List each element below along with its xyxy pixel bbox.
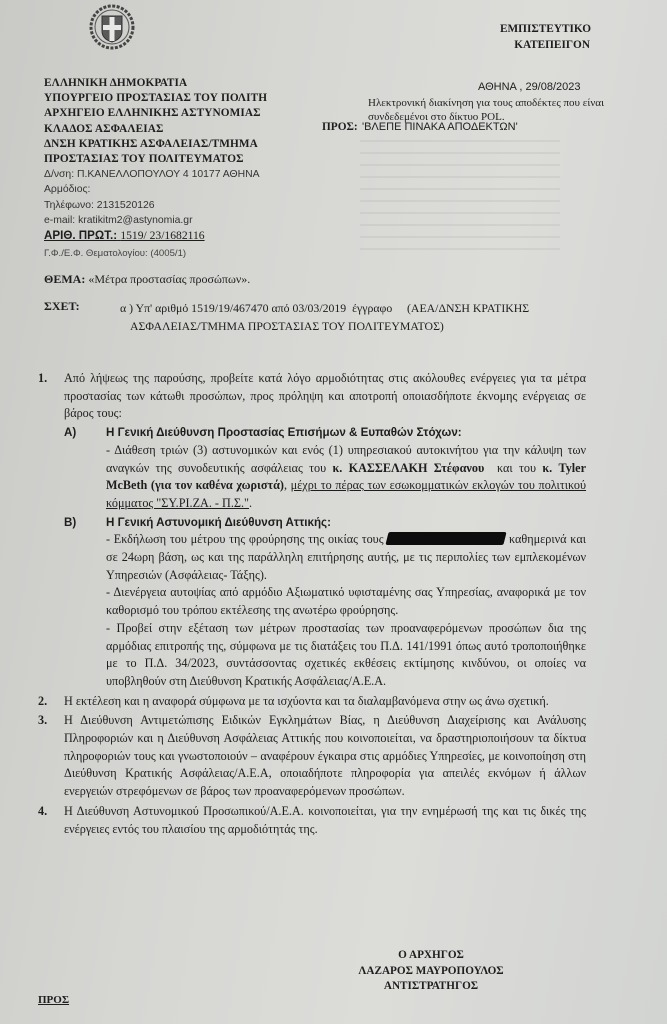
sender-address: Δ/νση: Π.ΚΑΝΕΛΛΟΠΟΥΛΟΥ 4 10177 ΑΘΗΝΑ (44, 167, 267, 182)
subsection-b-paragraph-2: - Διενέργεια αυτοψίας από αρμόδιο Αξιωμα… (64, 584, 586, 619)
signatory-rank: ΑΝΤΙΣΤΡΑΤΗΓΟΣ (336, 979, 526, 995)
document-date: ΑΘΗΝΑ , 29/08/2023 (478, 81, 581, 93)
redaction-mark (386, 532, 507, 545)
subject-line: ΘΕΜΑ: «Μέτρα προστασίας προσώπων». (44, 272, 250, 287)
protocol-number: ΑΡΙΘ. ΠΡΩΤ.: 1519/ 23/1682116 (44, 228, 267, 243)
related-line-2: ΑΣΦΑΛΕΙΑΣ/ΤΜΗΜΑ ΠΡΟΣΤΑΣΙΑΣ ΤΟΥ ΠΟΛΙΤΕΥΜΑ… (120, 317, 590, 335)
item-text: Από λήψεως της παρούσης, προβείτε κατά λ… (64, 370, 586, 423)
greek-coat-of-arms-icon (88, 3, 136, 51)
related-label: ΣΧΕΤ: (44, 299, 80, 314)
subsection-letter: Α) (64, 424, 106, 442)
numbered-item-3: 3. Η Διεύθυνση Αντιμετώπισης Ειδικών Εγκ… (38, 712, 586, 801)
item-number: 2. (38, 693, 64, 711)
document-body: 1. Από λήψεως της παρούσης, προβείτε κατ… (38, 370, 586, 838)
para-text: , (284, 478, 291, 492)
classification-confidential: ΕΜΠΙΣΤΕΥΤΙΚΟ (500, 21, 591, 37)
subsection-heading: Η Γενική Διεύθυνση Προστασίας Επισήμων &… (106, 424, 462, 442)
signature-block: Ο ΑΡΧΗΓΟΣ ΛΑΖΑΡΟΣ ΜΑΥΡΟΠΟΥΛΟΣ ΑΝΤΙΣΤΡΑΤΗ… (336, 948, 526, 995)
header-line: ΑΡΧΗΓΕΙΟ ΕΛΛΗΝΙΚΗΣ ΑΣΤΥΝΟΜΙΑΣ (44, 106, 267, 121)
subsection-a-paragraph: - Διάθεση τριών (3) αστυνομικών και ενός… (64, 442, 586, 513)
recipient-value: 'ΒΛΕΠΕ ΠΙΝΑΚΑ ΑΠΟΔΕΚΤΩΝ' (362, 121, 518, 133)
header-line: ΥΠΟΥΡΓΕΙΟ ΠΡΟΣΤΑΣΙΑΣ ΤΟΥ ΠΟΛΙΤΗ (44, 91, 267, 106)
signatory-name: ΛΑΖΑΡΟΣ ΜΑΥΡΟΠΟΥΛΟΣ (336, 964, 526, 980)
numbered-item-4: 4. Η Διεύθυνση Αστυνομικού Προσωπικού/Α.… (38, 803, 586, 838)
related-line-1: α ) Υπ' αριθμό 1519/19/467470 από 03/03/… (120, 299, 590, 317)
item-text: Η εκτέλεση και η αναφορά σύμφωνα με τα ι… (64, 693, 586, 711)
item-number: 4. (38, 803, 64, 838)
numbered-item-1: 1. Από λήψεως της παρούσης, προβείτε κατ… (38, 370, 586, 691)
electronic-distribution-note: Ηλεκτρονική διακίνηση για τους αποδέκτες… (368, 97, 628, 124)
item-number: 1. (38, 370, 64, 691)
header-line: ΠΡΟΣΤΑΣΙΑΣ ΤΟΥ ΠΟΛΙΤΕΥΜΑΤΟΣ (44, 152, 267, 167)
subject-value: «Μέτρα προστασίας προσώπων». (88, 272, 250, 286)
file-reference: Γ.Φ./Ε.Φ. Θεματολογίου: (4005/1) (44, 246, 267, 261)
signatory-title: Ο ΑΡΧΗΓΟΣ (336, 948, 526, 964)
header-line: ΚΛΑΔΟΣ ΑΣΦΑΛΕΙΑΣ (44, 122, 267, 137)
para-text: - Εκδήλωση του μέτρου της φρούρησης της … (106, 532, 387, 546)
protocol-label: ΑΡΙΘ. ΠΡΩΤ.: (44, 229, 117, 242)
numbered-item-2: 2. Η εκτέλεση και η αναφορά σύμφωνα με τ… (38, 693, 586, 711)
related-reference: α ) Υπ' αριθμό 1519/19/467470 από 03/03/… (120, 299, 590, 335)
subsection-a: Α) Η Γενική Διεύθυνση Προστασίας Επισήμω… (64, 424, 586, 442)
person-name: κ. ΚΑΣΣΕΛΑΚΗ Στέφανου (333, 461, 485, 475)
subsection-heading: Η Γενική Αστυνομική Διεύθυνση Αττικής: (106, 514, 331, 532)
subsection-letter: Β) (64, 514, 106, 532)
subject-label: ΘΕΜΑ: (44, 272, 85, 286)
classification-stamp: ΕΜΠΙΣΤΕΥΤΙΚΟ ΚΑΤΕΠΕΙΓΟΝ (500, 21, 591, 53)
sender-header: ΕΛΛΗΝΙΚΗ ΔΗΜΟΚΡΑΤΙΑ ΥΠΟΥΡΓΕΙΟ ΠΡΟΣΤΑΣΙΑΣ… (44, 76, 267, 261)
subsection-b-paragraph-3: - Προβεί στην εξέταση των μέτρων προστασ… (64, 620, 586, 691)
item-text: Η Διεύθυνση Αντιμετώπισης Ειδικών Εγκλημ… (64, 712, 586, 801)
bleed-through-text (360, 140, 560, 250)
subsection-b-paragraph-1: - Εκδήλωση του μέτρου της φρούρησης της … (64, 531, 586, 584)
para-text: και του (484, 461, 542, 475)
sender-email: e-mail: kratikitm2@astynomia.gr (44, 213, 267, 228)
protocol-value: 1519/ 23/1682116 (120, 229, 204, 242)
item-number: 3. (38, 712, 64, 801)
classification-urgent: ΚΑΤΕΠΕΙΓΟΝ (500, 37, 590, 53)
subsection-b: Β) Η Γενική Αστυνομική Διεύθυνση Αττικής… (64, 514, 586, 532)
recipient-label: ΠΡΟΣ: (322, 121, 358, 133)
sender-phone: Τηλέφωνο: 2131520126 (44, 198, 267, 213)
responsible-officer: Αρμόδιος: (44, 182, 267, 197)
distribution-list-heading: ΠΡΟΣ (38, 994, 69, 1006)
para-text: . (249, 496, 252, 510)
header-line: ΕΛΛΗΝΙΚΗ ΔΗΜΟΚΡΑΤΙΑ (44, 76, 267, 91)
header-line: ΔΝΣΗ ΚΡΑΤΙΚΗΣ ΑΣΦΑΛΕΙΑΣ/ΤΜΗΜΑ (44, 137, 267, 152)
item-text: Η Διεύθυνση Αστυνομικού Προσωπικού/Α.Ε.Α… (64, 803, 586, 838)
